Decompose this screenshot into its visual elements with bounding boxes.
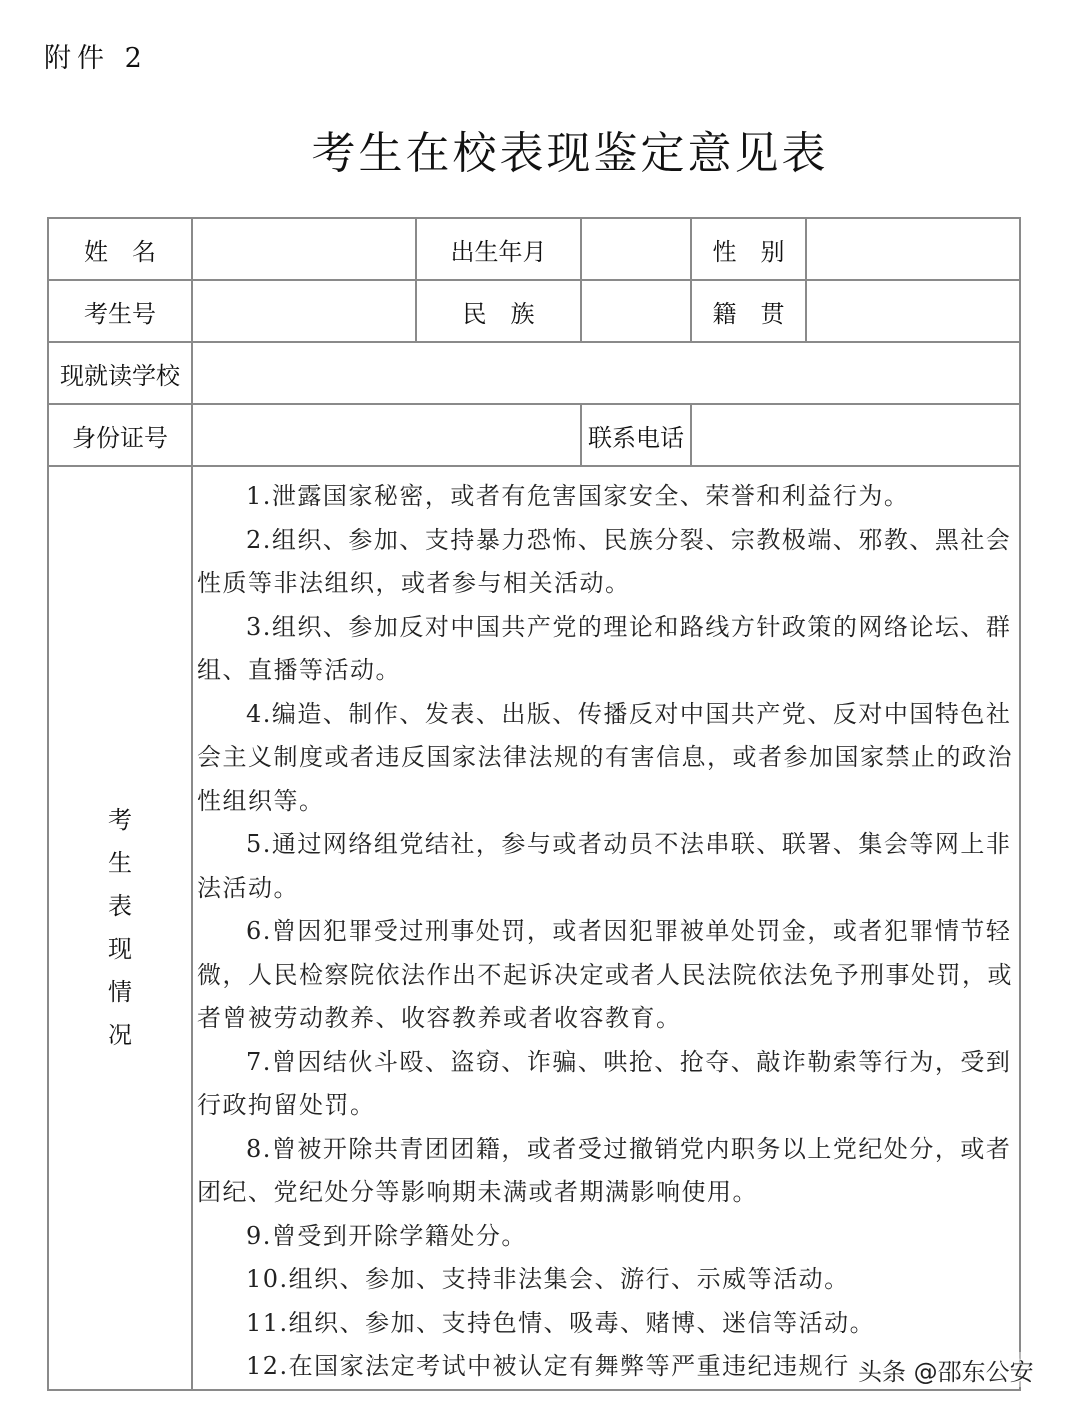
school-label: 现就读学校 bbox=[48, 342, 192, 404]
list-item: 6.曾因犯罪受过刑事处罚，或者因犯罪被单处罚金，或者犯罪情节轻微，人民检察院依法… bbox=[197, 910, 1017, 1041]
evaluation-form-table: 姓 名 出生年月 性 别 考生号 民 族 籍 贯 现就读学校 身份证号 联系电话… bbox=[47, 217, 1021, 1391]
list-item: 1.泄露国家秘密，或者有危害国家安全、荣誉和利益行为。 bbox=[197, 475, 1017, 519]
performance-label-char: 考 bbox=[49, 799, 191, 842]
list-item: 5.通过网络组党结社，参与或者动员不法串联、联署、集会等网上非法活动。 bbox=[197, 823, 1017, 910]
exam-number-label: 考生号 bbox=[48, 280, 192, 342]
performance-label-char: 表 bbox=[49, 885, 191, 928]
performance-label-char: 生 bbox=[49, 842, 191, 885]
performance-label: 考 生 表 现 情 况 bbox=[48, 466, 192, 1390]
form-row-exam-no: 考生号 民 族 籍 贯 bbox=[48, 280, 1020, 342]
birth-date-field[interactable] bbox=[581, 218, 691, 280]
form-row-performance: 考 生 表 现 情 况 1.泄露国家秘密，或者有危害国家安全、荣誉和利益行为。 … bbox=[48, 466, 1020, 1390]
phone-label: 联系电话 bbox=[581, 404, 691, 466]
id-number-field[interactable] bbox=[192, 404, 581, 466]
list-item: 2.组织、参加、支持暴力恐怖、民族分裂、宗教极端、邪教、黑社会性质等非法组织，或… bbox=[197, 519, 1017, 606]
native-place-label: 籍 贯 bbox=[691, 280, 806, 342]
native-place-field[interactable] bbox=[806, 280, 1020, 342]
name-label: 姓 名 bbox=[48, 218, 192, 280]
list-item: 8.曾被开除共青团团籍，或者受过撤销党内职务以上党纪处分，或者团纪、党纪处分等影… bbox=[197, 1128, 1017, 1215]
performance-label-char: 情 bbox=[49, 971, 191, 1014]
list-item: 4.编造、制作、发表、出版、传播反对中国共产党、反对中国特色社会主义制度或者违反… bbox=[197, 693, 1017, 824]
page-title: 考生在校表现鉴定意见表 bbox=[0, 117, 1080, 181]
gender-label: 性 别 bbox=[691, 218, 806, 280]
id-number-label: 身份证号 bbox=[48, 404, 192, 466]
performance-label-char: 况 bbox=[49, 1014, 191, 1057]
list-item: 3.组织、参加反对中国共产党的理论和路线方针政策的网络论坛、群组、直播等活动。 bbox=[197, 606, 1017, 693]
name-field[interactable] bbox=[192, 218, 416, 280]
list-item: 10.组织、参加、支持非法集会、游行、示威等活动。 bbox=[197, 1258, 1017, 1302]
list-item: 9.曾受到开除学籍处分。 bbox=[197, 1215, 1017, 1259]
school-field[interactable] bbox=[192, 342, 1020, 404]
ethnicity-label: 民 族 bbox=[416, 280, 581, 342]
gender-field[interactable] bbox=[806, 218, 1020, 280]
performance-label-char: 现 bbox=[49, 928, 191, 971]
performance-content: 1.泄露国家秘密，或者有危害国家安全、荣誉和利益行为。 2.组织、参加、支持暴力… bbox=[192, 466, 1020, 1390]
birth-date-label: 出生年月 bbox=[416, 218, 581, 280]
exam-number-field[interactable] bbox=[192, 280, 416, 342]
attachment-label: 附件 2 bbox=[44, 36, 148, 75]
form-row-name: 姓 名 出生年月 性 别 bbox=[48, 218, 1020, 280]
form-row-id: 身份证号 联系电话 bbox=[48, 404, 1020, 466]
list-item: 7.曾因结伙斗殴、盗窃、诈骗、哄抢、抢夺、敲诈勒索等行为，受到行政拘留处罚。 bbox=[197, 1041, 1017, 1128]
form-row-school: 现就读学校 bbox=[48, 342, 1020, 404]
watermark: 头条 @邵东公安 bbox=[858, 1352, 1034, 1387]
list-item: 11.组织、参加、支持色情、吸毒、赌博、迷信等活动。 bbox=[197, 1302, 1017, 1346]
phone-field[interactable] bbox=[691, 404, 1020, 466]
ethnicity-field[interactable] bbox=[581, 280, 691, 342]
